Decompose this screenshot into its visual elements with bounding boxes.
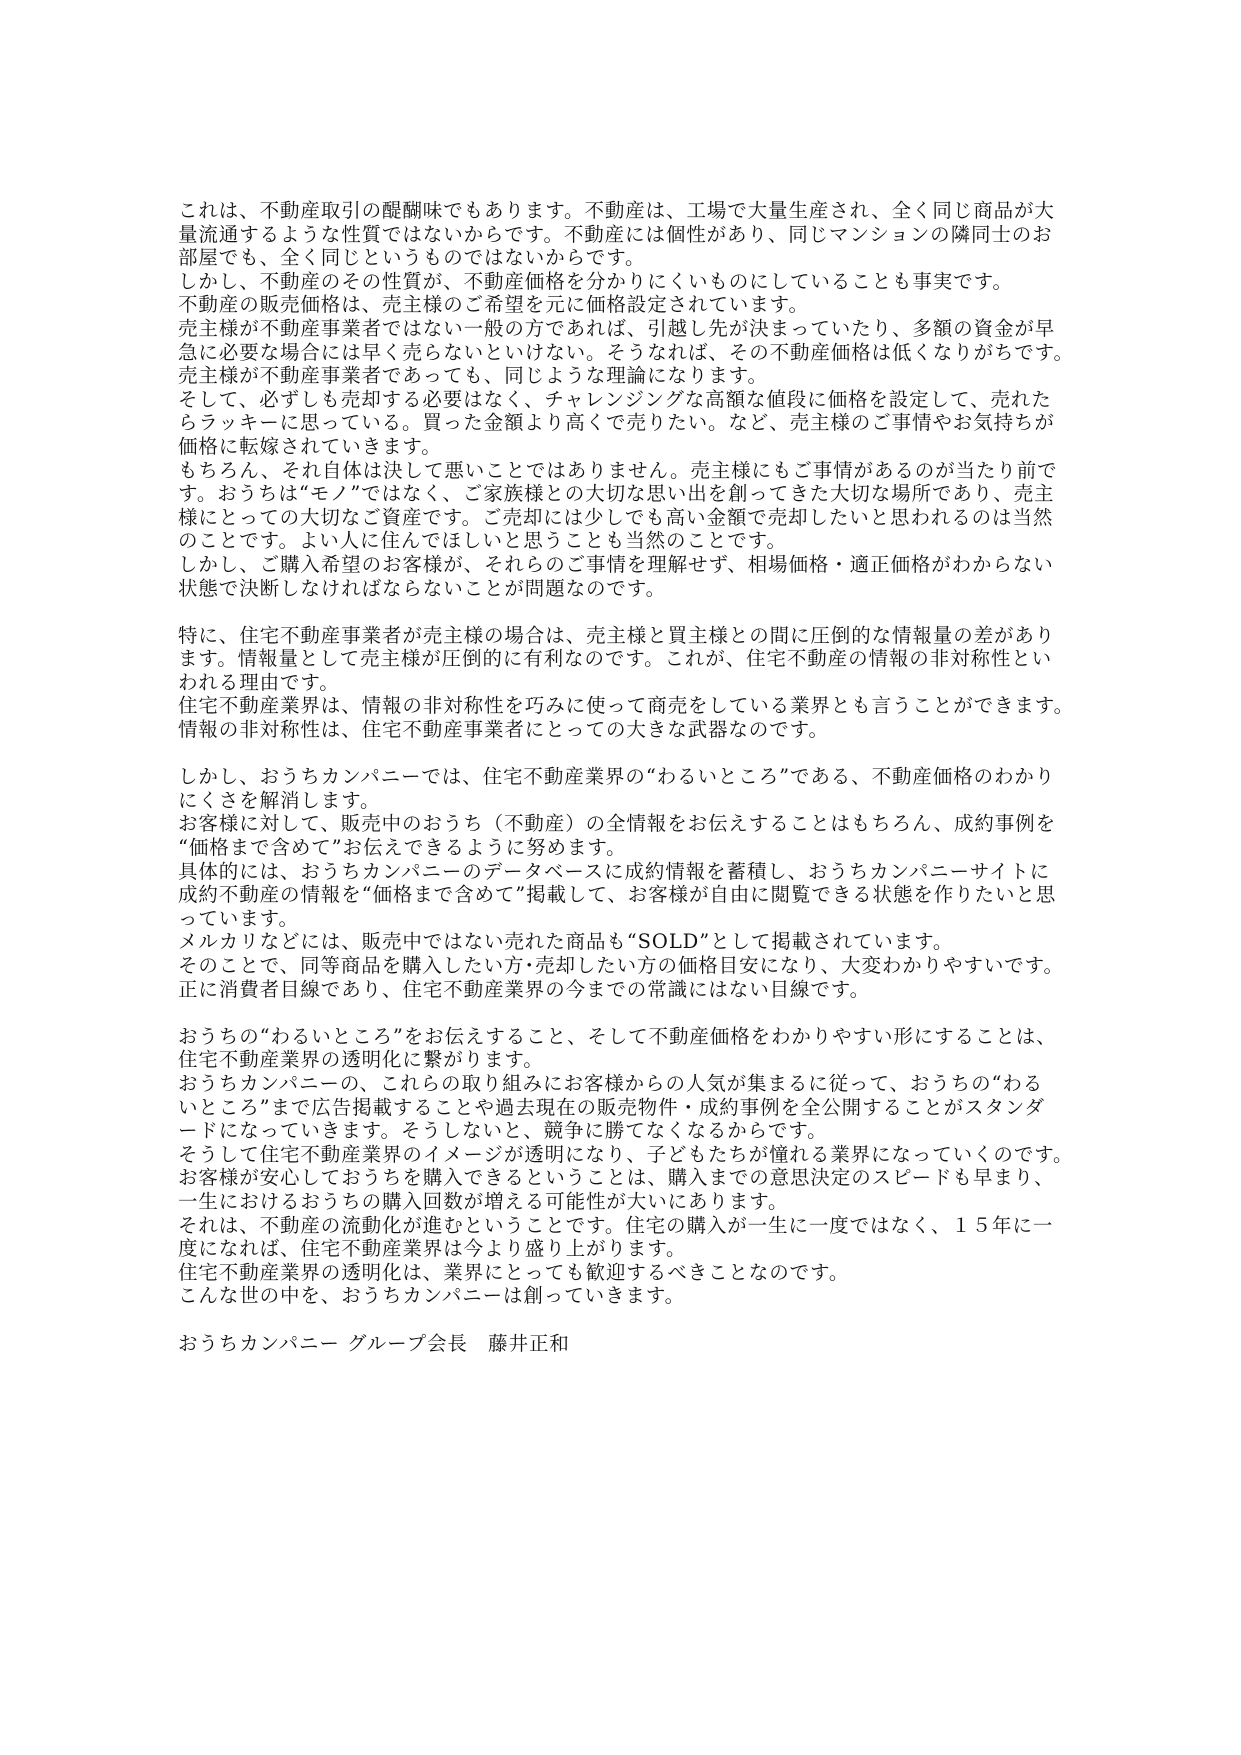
- text-line: 一生におけるおうちの購入回数が増える可能性が大いにあります。: [178, 1190, 1068, 1214]
- text-line: それは、不動産の流動化が進むということです。住宅の購入が一生に一度ではなく、１５…: [178, 1214, 1068, 1238]
- text-line: 住宅不動産業界の透明化は、業界にとっても歓迎するべきことなのです。: [178, 1261, 1068, 1285]
- text-line: “価格まで含めて”お伝えできるように努めます。: [178, 836, 1068, 860]
- text-line: 価格に転嫁されていきます。: [178, 435, 1068, 459]
- text-line: にくさを解消します。: [178, 789, 1068, 813]
- text-line: しかし、不動産のその性質が、不動産価格を分かりにくいものにしていることも事実です…: [178, 270, 1068, 294]
- paragraph-transparency: おうちの“わるいところ”をお伝えすること、そして不動産価格をわかりやすい形にする…: [178, 1025, 1068, 1308]
- text-line: ードになっていきます。そうしないと、競争に勝てなくなるからです。: [178, 1119, 1068, 1143]
- paragraph-spacer: [178, 1001, 1068, 1025]
- paragraph-price-nature: これは、不動産取引の醍醐味でもあります。不動産は、工場で大量生産され、全く同じ商…: [178, 199, 1068, 600]
- text-line: 度になれば、住宅不動産業界は今より盛り上がります。: [178, 1237, 1068, 1261]
- text-line: のことです。よい人に住んでほしいと思うことも当然のことです。: [178, 529, 1068, 553]
- text-line: 住宅不動産業界の透明化に繋がります。: [178, 1048, 1068, 1072]
- text-line: こんな世の中を、おうちカンパニーは創っていきます。: [178, 1284, 1068, 1308]
- text-line: 正に消費者目線であり、住宅不動産業界の今までの常識にはない目線です。: [178, 978, 1068, 1002]
- text-line: これは、不動産取引の醍醐味でもあります。不動産は、工場で大量生産され、全く同じ商…: [178, 199, 1068, 223]
- text-line: もちろん、それ自体は決して悪いことではありません。売主様にもご事情があるのが当た…: [178, 459, 1068, 483]
- paragraph-spacer: [178, 600, 1068, 624]
- text-line: す。おうちは“モノ”ではなく、ご家族様との大切な思い出を創ってきた大切な場所であ…: [178, 482, 1068, 506]
- text-line: おうちの“わるいところ”をお伝えすること、そして不動産価格をわかりやすい形にする…: [178, 1025, 1068, 1049]
- document-page: これは、不動産取引の醍醐味でもあります。不動産は、工場で大量生産され、全く同じ商…: [178, 199, 1068, 1355]
- text-line: 成約不動産の情報を“価格まで含めて”掲載して、お客様が自由に閲覧できる状態を作り…: [178, 883, 1068, 907]
- text-line: お客様に対して、販売中のおうち（不動産）の全情報をお伝えすることはもちろん、成約…: [178, 812, 1068, 836]
- text-line: 情報の非対称性は、住宅不動産事業者にとっての大きな武器なのです。: [178, 718, 1068, 742]
- paragraph-price-disclosure: しかし、おうちカンパニーでは、住宅不動産業界の“わるいところ”である、不動産価格…: [178, 765, 1068, 1001]
- text-line: メルカリなどには、販売中ではない売れた商品も“SOLD”として掲載されています。: [178, 930, 1068, 954]
- text-line: そのことで、同等商品を購入したい方･売却したい方の価格目安になり、大変わかりやす…: [178, 954, 1068, 978]
- text-line: おうちカンパニーの、これらの取り組みにお客様からの人気が集まるに従って、おうちの…: [178, 1072, 1068, 1096]
- text-line: らラッキーに思っている。買った金額より高くで売りたい。など、売主様のご事情やお気…: [178, 411, 1068, 435]
- text-line: 具体的には、おうちカンパニーのデータベースに成約情報を蓄積し、おうちカンパニーサ…: [178, 860, 1068, 884]
- text-line: 不動産の販売価格は、売主様のご希望を元に価格設定されています。: [178, 293, 1068, 317]
- text-line: お客様が安心しておうちを購入できるということは、購入までの意思決定のスピードも早…: [178, 1166, 1068, 1190]
- text-line: しかし、ご購入希望のお客様が、それらのご事情を理解せず、相場価格・適正価格がわか…: [178, 553, 1068, 577]
- paragraph-information-asymmetry: 特に、住宅不動産事業者が売主様の場合は、売主様と買主様との間に圧倒的な情報量の差…: [178, 624, 1068, 742]
- text-line: そうして住宅不動産業界のイメージが透明になり、子どもたちが憧れる業界になっていく…: [178, 1143, 1068, 1167]
- text-line: 住宅不動産業界は、情報の非対称性を巧みに使って商売をしている業界とも言うことがで…: [178, 694, 1068, 718]
- signature: おうちカンパニー グループ会長 藤井正和: [178, 1332, 1068, 1356]
- text-line: 売主様が不動産事業者であっても、同じような理論になります。: [178, 364, 1068, 388]
- text-line: しかし、おうちカンパニーでは、住宅不動産業界の“わるいところ”である、不動産価格…: [178, 765, 1068, 789]
- text-line: 急に必要な場合には早く売らないといけない。そうなれば、その不動産価格は低くなりが…: [178, 341, 1068, 365]
- paragraph-spacer: [178, 742, 1068, 766]
- text-line: 部屋でも、全く同じというものではないからです。: [178, 246, 1068, 270]
- text-line: 特に、住宅不動産事業者が売主様の場合は、売主様と買主様との間に圧倒的な情報量の差…: [178, 624, 1068, 648]
- text-line: われる理由です。: [178, 671, 1068, 695]
- text-line: 量流通するような性質ではないからです。不動産には個性があり、同じマンションの隣同…: [178, 223, 1068, 247]
- text-line: そして、必ずしも売却する必要はなく、チャレンジングな高額な値段に価格を設定して、…: [178, 388, 1068, 412]
- text-line: 売主様が不動産事業者ではない一般の方であれば、引越し先が決まっていたり、多額の資…: [178, 317, 1068, 341]
- text-line: っています。: [178, 907, 1068, 931]
- text-line: 様にとっての大切なご資産です。ご売却には少しでも高い金額で売却したいと思われるの…: [178, 506, 1068, 530]
- text-line: いところ”まで広告掲載することや過去現在の販売物件・成約事例を全公開することがス…: [178, 1096, 1068, 1120]
- text-line: ます。情報量として売主様が圧倒的に有利なのです。これが、住宅不動産の情報の非対称…: [178, 647, 1068, 671]
- paragraph-spacer: [178, 1308, 1068, 1332]
- text-line: 状態で決断しなければならないことが問題なのです。: [178, 577, 1068, 601]
